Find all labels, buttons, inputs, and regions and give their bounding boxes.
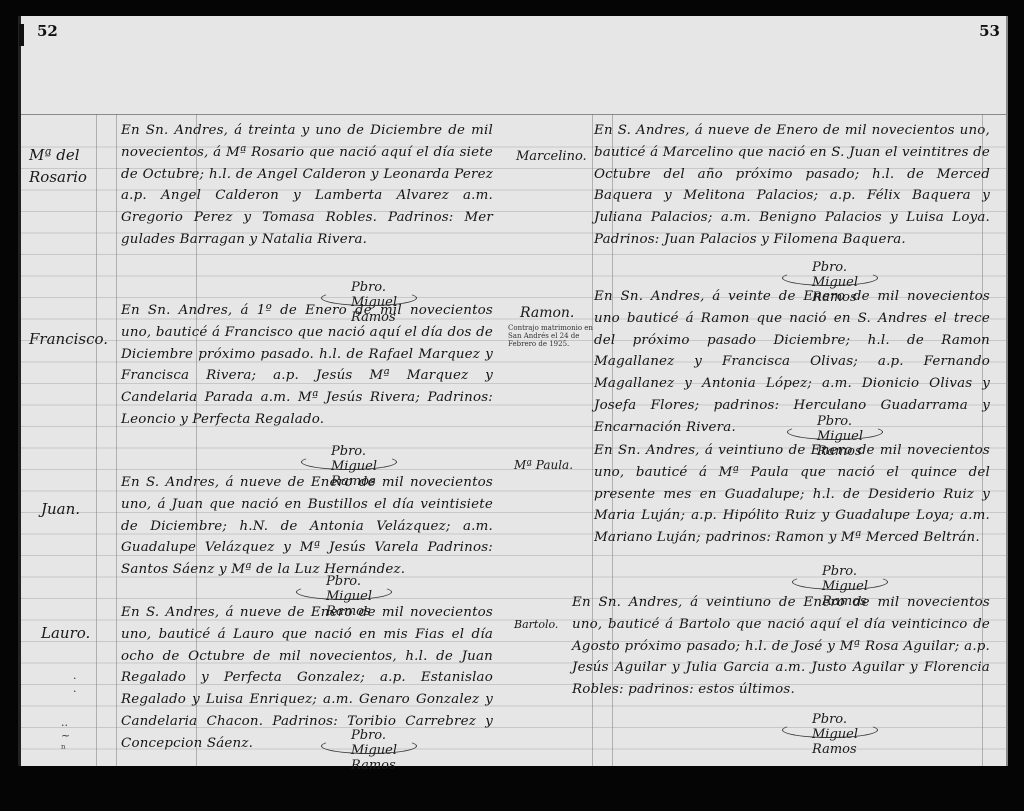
- entry-margin-name: Lauro.: [41, 622, 121, 644]
- header-rule: [21, 114, 513, 115]
- margin-rule: [116, 114, 117, 766]
- entry-text: En Sn. Andres, á 1º de Enero de mil nove…: [121, 300, 493, 431]
- right-page: 53 Marcelino. En S. Andres, á nueve de E…: [512, 16, 1008, 766]
- priest-signature: Pbro. Miguel Ramos: [812, 712, 858, 757]
- entry-text: En S. Andres, á nueve de Enero de mil no…: [121, 602, 493, 755]
- header-rule: [512, 114, 1006, 115]
- margin-marks: · ·: [73, 672, 77, 698]
- entry-text: En Sn. Andres, á veinte de Enero de mil …: [594, 286, 990, 439]
- marriage-margin-note: Contrajo matrimonio en San Andrés el 24 …: [508, 324, 600, 348]
- entry-margin-name: Juan.: [41, 498, 121, 520]
- entry-text: En Sn. Andres, á veintiuno de Enero de m…: [572, 592, 990, 701]
- page-number-right: 53: [979, 22, 1000, 40]
- priest-signature: Pbro. Miguel Ramos: [351, 728, 397, 773]
- binding-mark: [19, 24, 24, 46]
- entry-text: En S. Andres, á nueve de Enero de mil no…: [594, 120, 990, 251]
- entry-text: En Sn. Andres, á veintiuno de Enero de m…: [594, 440, 990, 549]
- page-number-left: 52: [37, 22, 58, 40]
- margin-marks: .. ~ ⁿ: [61, 716, 70, 755]
- entry-margin-name: Ramon.: [520, 302, 596, 324]
- entry-margin-name: Francisco.: [29, 328, 119, 350]
- margin-rule: [96, 114, 97, 766]
- entry-margin-name: Mª Paula.: [514, 454, 594, 476]
- left-page: 52 Mª del Rosario En Sn. Andres, á trein…: [18, 16, 513, 766]
- entry-margin-name: Mª del Rosario: [29, 144, 119, 188]
- page-header-area: [21, 16, 513, 116]
- page-header-area: [512, 16, 1006, 116]
- entry-margin-name: Marcelino.: [516, 146, 596, 168]
- entry-text: En Sn. Andres, á treinta y uno de Diciem…: [121, 120, 493, 251]
- entry-text: En S. Andres, á nueve de Enero de mil no…: [121, 472, 493, 581]
